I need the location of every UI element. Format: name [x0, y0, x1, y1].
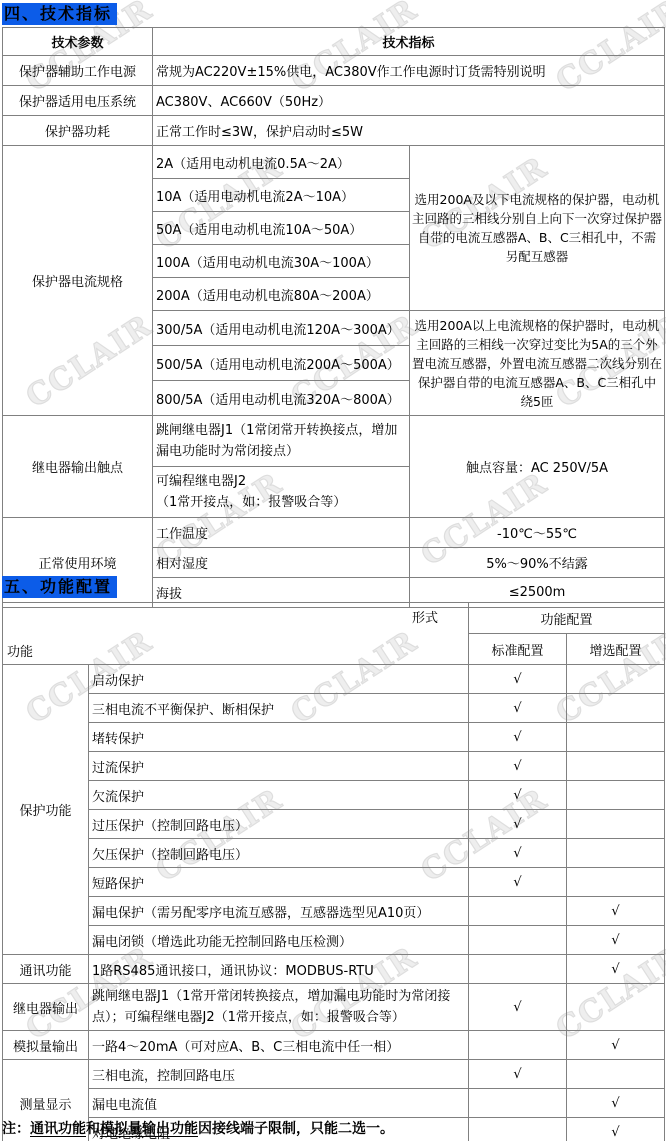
- table-row: 保护器功耗 正常工作时≤3W，保护启动时≤5W: [3, 116, 665, 146]
- table-row: 继电器输出 跳闸继电器J1（1常开常闭转换接点，增加漏电功能时为常闭接点）；可编…: [3, 984, 665, 1031]
- t2-group-protection: 保护功能: [3, 665, 89, 955]
- t1-aux-power-label: 保护器辅助工作电源: [3, 56, 153, 86]
- table-row: 三相电流不平衡保护、断相保护 √: [3, 694, 665, 723]
- t2-comm-row-label: 1路RS485通讯接口，通讯协议：MODBUS-RTU: [89, 955, 469, 984]
- check-mark-cell: [567, 810, 665, 839]
- t1-current-200a: 200A（适用电动机电流80A～200A）: [153, 278, 410, 311]
- check-mark-cell: [567, 781, 665, 810]
- check-mark-cell: [567, 694, 665, 723]
- t2-protect-row-label: 短路保护: [89, 868, 469, 897]
- check-mark-cell: [567, 665, 665, 694]
- t2-header-function: 功能: [7, 641, 33, 660]
- t2-protect-row-label: 三相电流不平衡保护、断相保护: [89, 694, 469, 723]
- check-mark-cell: √: [567, 955, 665, 984]
- t1-header-param: 技术参数: [3, 28, 153, 56]
- t2-header-config: 功能配置: [469, 603, 665, 634]
- t1-current-2a: 2A（适用电动机电流0.5A～2A）: [153, 146, 410, 179]
- t1-current-800-5a: 800/5A（适用电动机电流320A～800A）: [153, 381, 410, 416]
- table-row: 测量显示 三相电流，控制回路电压 √: [3, 1060, 665, 1089]
- check-mark-cell: √: [469, 694, 567, 723]
- t2-group-relay-output: 继电器输出: [3, 984, 89, 1031]
- t1-relay-j2: 可编程继电器J2 （1常开接点，如：报警吸合等）: [153, 467, 410, 518]
- t1-header-spec: 技术指标: [153, 28, 665, 56]
- table-row: 堵转保护 √: [3, 723, 665, 752]
- table-row: 形式 功能 功能配置: [3, 603, 665, 634]
- t2-header-corner: 形式 功能: [3, 603, 469, 665]
- table-row: 保护功能 启动保护 √: [3, 665, 665, 694]
- t1-power-consumption-value: 正常工作时≤3W，保护启动时≤5W: [153, 116, 665, 146]
- footnote: 注：通讯功能和模拟量输出功能因接线端子限制，只能二选一。: [2, 1118, 394, 1138]
- check-mark-cell: √: [567, 1089, 665, 1118]
- t1-current-50a: 50A（适用电动机电流10A～50A）: [153, 212, 410, 245]
- t1-current-500-5a: 500/5A（适用电动机电流200A～500A）: [153, 346, 410, 381]
- t2-header-standard: 标准配置: [469, 634, 567, 665]
- t2-protect-row-label: 堵转保护: [89, 723, 469, 752]
- t2-measure-row-label: 三相电流，控制回路电压: [89, 1060, 469, 1089]
- t1-contact-capacity: 触点容量：AC 250V/5A: [410, 416, 665, 518]
- check-mark-cell: √: [469, 665, 567, 694]
- t1-humidity-label: 相对湿度: [153, 548, 410, 578]
- function-config-table: 形式 功能 功能配置 标准配置 增选配置 保护功能 启动保护 √ 三相电流不平衡…: [2, 602, 665, 1141]
- table-row: 漏电保护（需另配零序电流互感器，互感器选型见A10页） √: [3, 897, 665, 926]
- table-row: 技术参数 技术指标: [3, 28, 665, 56]
- t1-aux-power-value: 常规为AC220V±15%供电，AC380V作工作电源时订货需特别说明: [153, 56, 665, 86]
- t2-protect-row-label: 漏电闭锁（增选此功能无控制回路电压检测）: [89, 926, 469, 955]
- t2-group-communication: 通讯功能: [3, 955, 89, 984]
- table-row: 漏电电流值 √: [3, 1089, 665, 1118]
- t2-protect-row-label: 过流保护: [89, 752, 469, 781]
- t1-current-100a: 100A（适用电动机电流30A～100A）: [153, 245, 410, 278]
- check-mark-cell: [567, 839, 665, 868]
- check-mark-cell: √: [469, 868, 567, 897]
- check-mark-cell: [469, 955, 567, 984]
- table-row: 模拟量输出 一路4～20mA（可对应A、B、C三相电流中任一相） √: [3, 1031, 665, 1060]
- check-mark-cell: [567, 723, 665, 752]
- t2-analog-row-label: 一路4～20mA（可对应A、B、C三相电流中任一相）: [89, 1031, 469, 1060]
- check-mark-cell: √: [469, 723, 567, 752]
- table-row: 保护器适用电压系统 AC380V、AC660V（50Hz）: [3, 86, 665, 116]
- t1-humidity-value: 5%～90%不结露: [410, 548, 665, 578]
- check-mark-cell: √: [567, 926, 665, 955]
- check-mark-cell: [567, 868, 665, 897]
- t1-voltage-system-label: 保护器适用电压系统: [3, 86, 153, 116]
- check-mark-cell: √: [469, 984, 567, 1031]
- t1-builtin-ct-note: 选用200A及以下电流规格的保护器，电动机主回路的三相线分别自上向下一次穿过保护…: [410, 146, 665, 311]
- t1-current-300-5a: 300/5A（适用电动机电流120A～300A）: [153, 311, 410, 346]
- t1-current-10a: 10A（适用电动机电流2A～10A）: [153, 179, 410, 212]
- table-row: 正常使用环境 工作温度 -10℃～55℃: [3, 518, 665, 548]
- t2-protect-row-label: 启动保护: [89, 665, 469, 694]
- table-row: 漏电闭锁（增选此功能无控制回路电压检测） √: [3, 926, 665, 955]
- t1-voltage-system-value: AC380V、AC660V（50Hz）: [153, 86, 665, 116]
- t2-protect-row-label: 过压保护（控制回路电压）: [89, 810, 469, 839]
- footnote-prefix: 注：: [2, 1121, 30, 1137]
- t2-header-form: 形式: [412, 607, 438, 626]
- t1-temp-label: 工作温度: [153, 518, 410, 548]
- t1-relay-output-label: 继电器输出触点: [3, 416, 153, 518]
- check-mark-cell: [567, 752, 665, 781]
- table-row: 保护器电流规格 2A（适用电动机电流0.5A～2A） 选用200A及以下电流规格…: [3, 146, 665, 179]
- table-row: 欠压保护（控制回路电压） √: [3, 839, 665, 868]
- t2-protect-row-label: 欠流保护: [89, 781, 469, 810]
- section-title-function-config: 五、功能配置: [2, 576, 117, 598]
- check-mark-cell: √: [469, 810, 567, 839]
- table-row: 欠流保护 √: [3, 781, 665, 810]
- tech-spec-table: 技术参数 技术指标 保护器辅助工作电源 常规为AC220V±15%供电，AC38…: [2, 27, 665, 608]
- t1-power-consumption-label: 保护器功耗: [3, 116, 153, 146]
- footnote-suffix: 因接线端子限制，只能二选一。: [198, 1121, 394, 1137]
- check-mark-cell: [567, 1060, 665, 1089]
- check-mark-cell: √: [469, 752, 567, 781]
- table-row: 过压保护（控制回路电压） √: [3, 810, 665, 839]
- table-row: 继电器输出触点 跳闸继电器J1（1常闭常开转换接点，增加漏电功能时为常闭接点） …: [3, 416, 665, 467]
- check-mark-cell: [469, 926, 567, 955]
- table-row: 通讯功能 1路RS485通讯接口，通讯协议：MODBUS-RTU √: [3, 955, 665, 984]
- t1-relay-j1: 跳闸继电器J1（1常闭常开转换接点，增加漏电功能时为常闭接点）: [153, 416, 410, 467]
- check-mark-cell: √: [469, 781, 567, 810]
- table-row: 过流保护 √: [3, 752, 665, 781]
- check-mark-cell: √: [469, 1060, 567, 1089]
- t2-relay-row-label: 跳闸继电器J1（1常开常闭转换接点，增加漏电功能时为常闭接点）；可编程继电器J2…: [89, 984, 469, 1031]
- check-mark-cell: √: [567, 1118, 665, 1141]
- t2-group-analog-output: 模拟量输出: [3, 1031, 89, 1060]
- t1-external-ct-note: 选用200A以上电流规格的保护器时，电动机主回路的三相线一次穿过变比为5A的三个…: [410, 311, 665, 416]
- t2-protect-row-label: 欠压保护（控制回路电压）: [89, 839, 469, 868]
- t2-measure-row-label: 漏电电流值: [89, 1089, 469, 1118]
- t2-protect-row-label: 漏电保护（需另配零序电流互感器，互感器选型见A10页）: [89, 897, 469, 926]
- section-title-tech-specs: 四、技术指标: [2, 3, 117, 25]
- check-mark-cell: [469, 1031, 567, 1060]
- t2-header-optional: 增选配置: [567, 634, 665, 665]
- check-mark-cell: √: [469, 839, 567, 868]
- check-mark-cell: [567, 984, 665, 1031]
- footnote-and: 和: [86, 1121, 100, 1137]
- check-mark-cell: [469, 897, 567, 926]
- check-mark-cell: √: [567, 897, 665, 926]
- footnote-underline-analog: 模拟量输出功能: [100, 1121, 198, 1137]
- check-mark-cell: √: [567, 1031, 665, 1060]
- t1-temp-value: -10℃～55℃: [410, 518, 665, 548]
- check-mark-cell: [469, 1089, 567, 1118]
- table-row: 短路保护 √: [3, 868, 665, 897]
- datasheet-page: { "page": { "section4_title": "四、技术指标", …: [0, 0, 666, 1141]
- footnote-underline-comm: 通讯功能: [30, 1121, 86, 1137]
- t1-current-spec-label: 保护器电流规格: [3, 146, 153, 416]
- table-row: 保护器辅助工作电源 常规为AC220V±15%供电，AC380V作工作电源时订货…: [3, 56, 665, 86]
- check-mark-cell: [469, 1118, 567, 1141]
